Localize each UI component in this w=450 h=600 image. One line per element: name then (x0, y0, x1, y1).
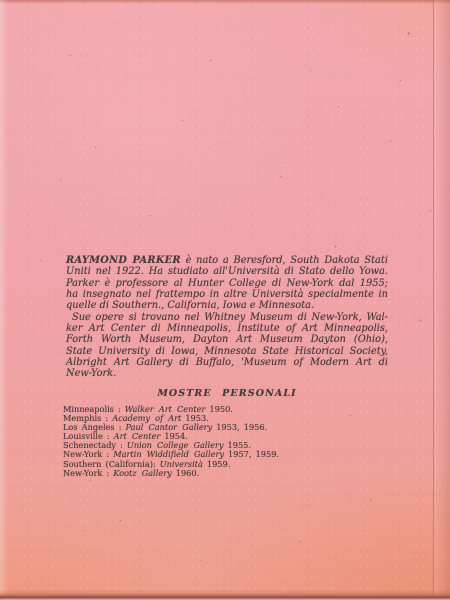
bio-line: New-York. (66, 368, 388, 379)
page-top-edge-shadow (0, 0, 450, 4)
bio-line: Uniti nel 1922. Ha studiato all'Universi… (66, 266, 388, 277)
page-left-edge-highlight (0, 0, 8, 600)
bio-line: Parker è professore al Hunter College di… (66, 278, 388, 289)
bio-line: quelle di Southern., California, Iowa e … (66, 300, 388, 311)
bio-line: Sue opere si trovano nel Whitney Museum … (66, 312, 388, 323)
exhibitions-list: Minneapolis :Walker Art Center1950. Memp… (63, 405, 279, 478)
exhibition-years: 1960. (176, 468, 199, 478)
exhibition-years: 1959. (207, 459, 230, 469)
bio-line: Forth Worth Museum, Dayton Art Museum Da… (66, 334, 388, 345)
bio-line-text: è nato a Beresford, South Dakota Stati (186, 255, 388, 266)
bio-line: ker Art Center di Minneapolis, Institute… (66, 323, 388, 334)
page-right-margin (434, 0, 450, 600)
exhibition-years: 1953, 1956. (216, 422, 267, 432)
bio-line: State University di Iowa, Minnesota Stat… (66, 346, 388, 357)
exhibition-row: New-York :Kootz Gallery1960. (63, 469, 279, 478)
biography-text-block: RAYMOND PARKER è nato a Beresford, South… (66, 255, 388, 380)
artist-name: RAYMOND PARKER (66, 255, 181, 266)
page-fold-line (433, 0, 434, 600)
page-bottom-edge-shadow (0, 589, 450, 600)
bio-line: RAYMOND PARKER è nato a Beresford, South… (66, 255, 388, 266)
bio-line: Albright Art Gallery di Buffalo, 'Museum… (66, 357, 388, 368)
exhibition-venue: Kootz Gallery (113, 468, 172, 478)
scanned-catalog-page: RAYMOND PARKER è nato a Beresford, South… (0, 0, 450, 600)
exhibition-years: 1957, 1959. (228, 449, 279, 459)
exhibition-city: New-York : (63, 468, 109, 478)
section-heading: MOSTRE PERSONALI (66, 388, 388, 400)
bio-line: ha insegnato nel frattempo in altre Univ… (66, 289, 388, 300)
exhibition-years: 1950. (209, 404, 232, 414)
